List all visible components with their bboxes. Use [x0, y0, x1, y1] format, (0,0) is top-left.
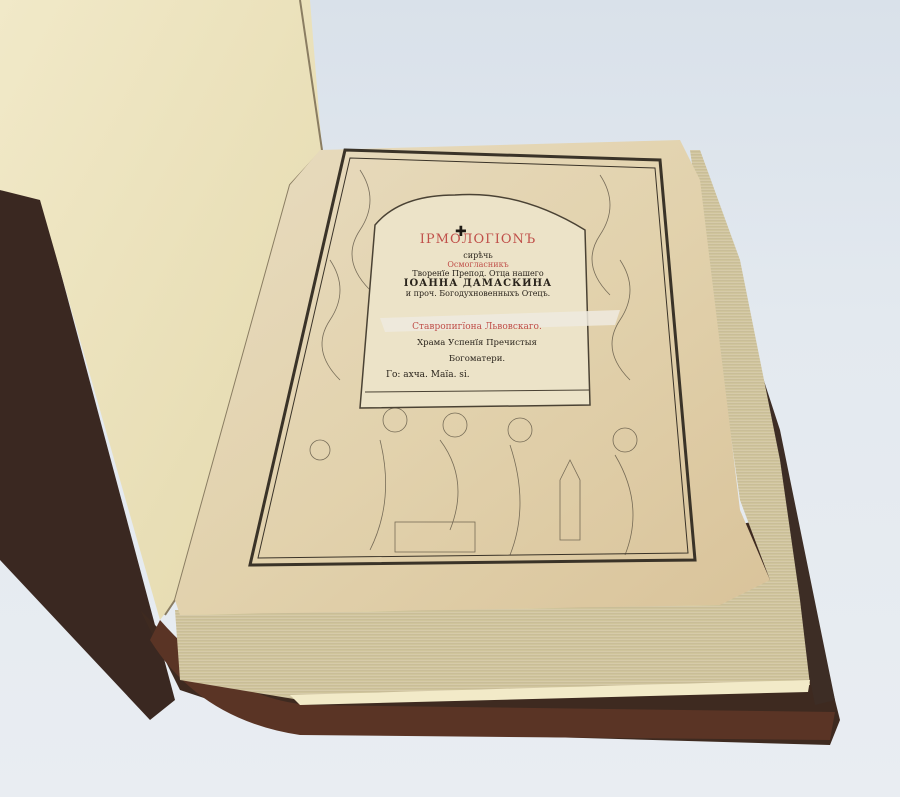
- author-name: ІОАННА ДАМАСКИНА: [382, 278, 574, 289]
- imprint-line-3: Богоматери.: [372, 354, 582, 364]
- imprint-block: Ставропигїона Львовскаго. Храма Успенїя …: [372, 322, 582, 380]
- title-line-6: и проч. Богодухновенныхъ Отецъ.: [382, 289, 574, 298]
- title-line-4: Творенїе Препод. Отца нашего: [382, 269, 574, 278]
- title-block: ІРМОЛОГІОΝЪ сирѣчь Осмогласникъ Творенїе…: [382, 232, 574, 298]
- title-line-3: Осмогласникъ: [382, 260, 574, 269]
- imprint-line-2: Храма Успенїя Пречистыя: [372, 338, 582, 348]
- imprint-date: Го: ахча. Маїа. ѕі.: [372, 370, 582, 380]
- imprint-line-1: Ставропигїона Львовскаго.: [372, 322, 582, 332]
- book-title: ІРМОЛОГІОΝЪ: [382, 232, 574, 247]
- book-photo: [0, 0, 900, 797]
- title-line-2: сирѣчь: [382, 251, 574, 260]
